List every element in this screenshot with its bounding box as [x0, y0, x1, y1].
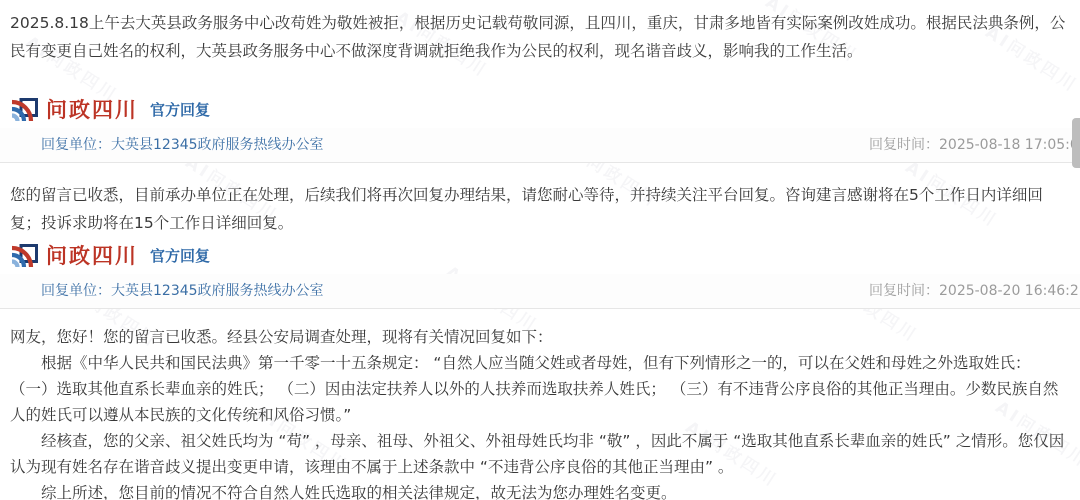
wenzheng-sichuan-logo-icon: [12, 97, 39, 121]
wenzheng-sichuan-logo[interactable]: 问政四川: [12, 240, 138, 270]
official-reply-2: 问政四川 官方回复 回复单位：大英县12345政府服务热线办公室 回复时间：20…: [0, 241, 1080, 500]
logo-text: 问政四川: [46, 240, 138, 270]
reply-header: 问政四川 官方回复: [0, 241, 1080, 269]
official-reply-badge: 官方回复: [150, 245, 210, 266]
reply-unit: 回复单位：大英县12345政府服务热线办公室: [0, 137, 324, 153]
logo-text: 问政四川: [46, 94, 138, 124]
reply-body: 网友，您好！您的留言已收悉。经县公安局调查处理，现将有关情况回复如下： 根据《中…: [0, 309, 1080, 500]
complaint-thread-page: 2025.8.18上午去大英县政务服务中心改苟姓为敬姓被拒，根据历史记载苟敬同源…: [0, 0, 1080, 500]
reply-unit-label: 回复单位：: [41, 283, 111, 299]
reply-meta-bar: 回复单位：大英县12345政府服务热线办公室 回复时间：2025-08-18 1…: [0, 128, 1080, 163]
reply-time: 回复时间：2025-08-20 16:46:2: [869, 274, 1079, 308]
reply-body: 您的留言已收悉，目前承办单位正在处理，后续我们将再次回复办理结果，请您耐心等待，…: [0, 163, 1080, 237]
reply-time-label: 回复时间：: [869, 283, 939, 299]
reply-paragraph: 您的留言已收悉，目前承办单位正在处理，后续我们将再次回复办理结果，请您耐心等待，…: [10, 181, 1070, 237]
reply-unit-label: 回复单位：: [41, 137, 111, 153]
reply-unit: 回复单位：大英县12345政府服务热线办公室: [0, 283, 324, 299]
reply-paragraph: 综上所述，您目前的情况不符合自然人姓氏选取的相关法律规定，故无法为您办理姓名变更…: [10, 480, 1070, 500]
reply-paragraph: 根据《中华人民共和国民法典》第一千零一十五条规定： “自然人应当随父姓或者母姓，…: [10, 350, 1070, 428]
reply-paragraph: 网友，您好！您的留言已收悉。经县公安局调查处理，现将有关情况回复如下：: [10, 324, 1070, 350]
reply-time: 回复时间：2025-08-18 17:05:0: [869, 128, 1079, 162]
wenzheng-sichuan-logo-icon: [12, 243, 39, 267]
reply-meta-bar: 回复单位：大英县12345政府服务热线办公室 回复时间：2025-08-20 1…: [0, 274, 1080, 309]
reply-paragraph: 经核查，您的父亲、祖父姓氏均为 “苟” ，母亲、祖母、外祖父、外祖母姓氏均非 “…: [10, 428, 1070, 480]
reply-unit-link[interactable]: 大英县12345政府服务热线办公室: [111, 283, 324, 299]
reply-header: 问政四川 官方回复: [0, 95, 1080, 123]
wenzheng-sichuan-logo[interactable]: 问政四川: [12, 94, 138, 124]
official-reply-1: 问政四川 官方回复 回复单位：大英县12345政府服务热线办公室 回复时间：20…: [0, 95, 1080, 237]
reply-time-label: 回复时间：: [869, 137, 939, 153]
complaint-text: 2025.8.18上午去大英县政务服务中心改苟姓为敬姓被拒，根据历史记载苟敬同源…: [0, 0, 1080, 65]
official-reply-badge: 官方回复: [150, 99, 210, 120]
reply-unit-link[interactable]: 大英县12345政府服务热线办公室: [111, 137, 324, 153]
reply-time-value: 2025-08-20 16:46:2: [939, 283, 1079, 299]
vertical-scrollbar-thumb[interactable]: [1072, 118, 1080, 168]
reply-time-value: 2025-08-18 17:05:0: [939, 137, 1079, 153]
